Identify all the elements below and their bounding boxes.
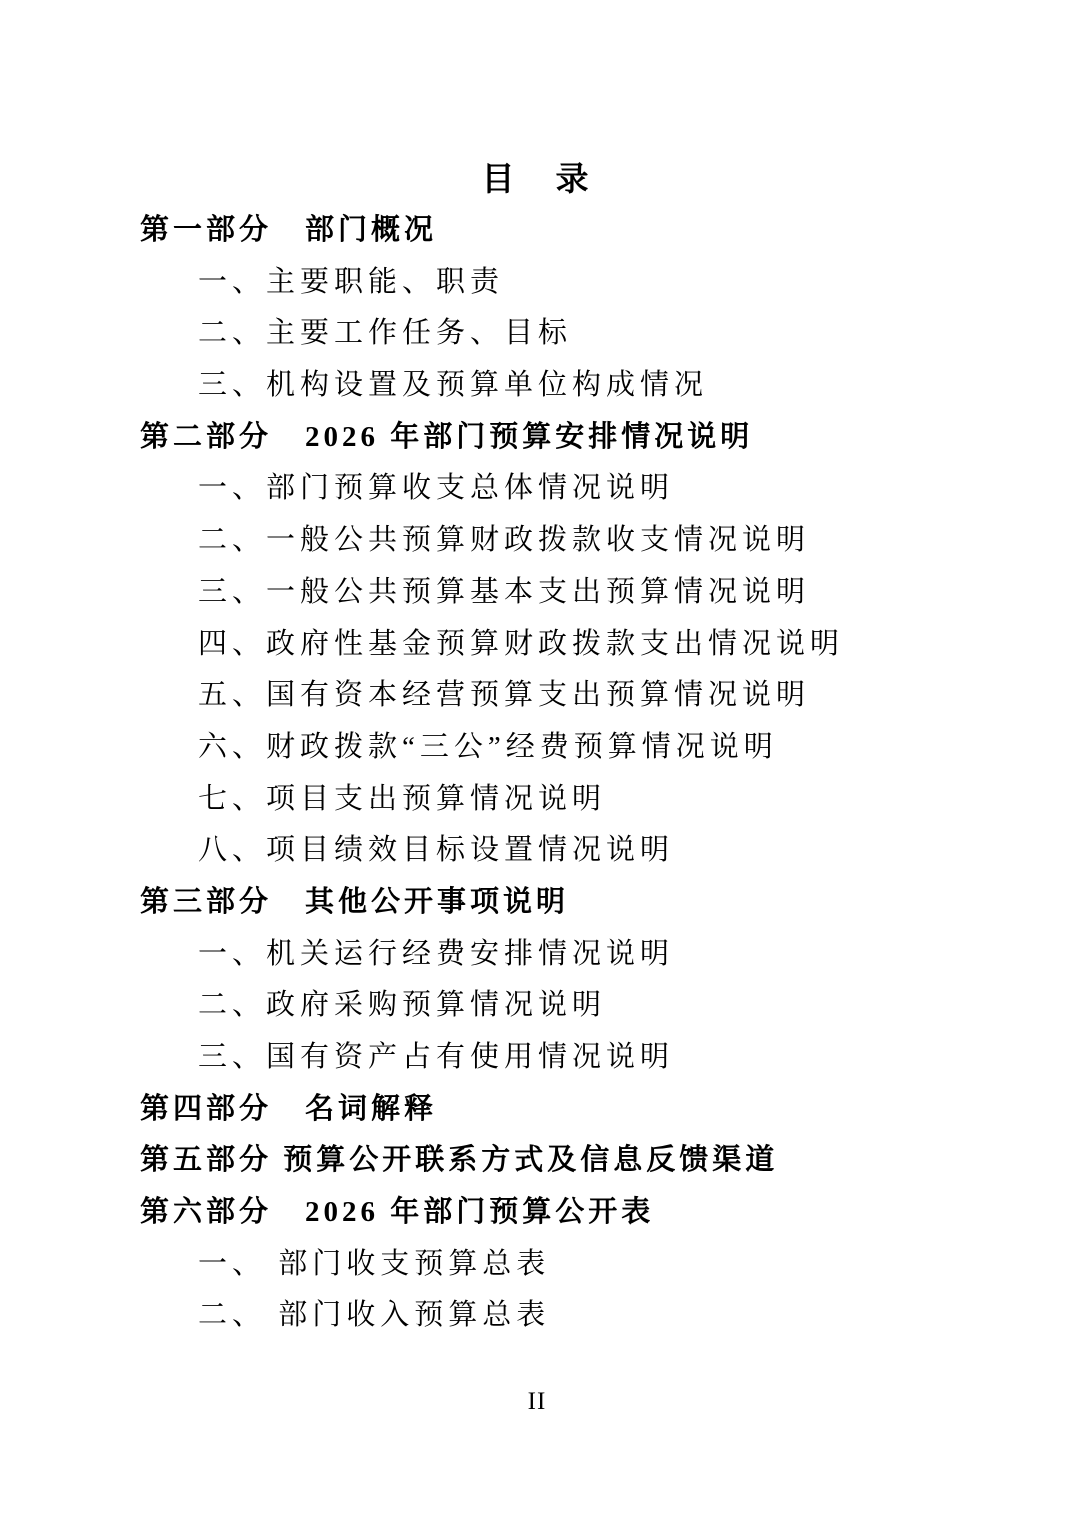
toc-part-heading: 第五部分 预算公开联系方式及信息反馈渠道 [0, 1135, 1074, 1187]
toc-item: 一、部门预算收支总体情况说明 [0, 463, 1074, 515]
toc-item: 三、机构设置及预算单位构成情况 [0, 360, 1074, 412]
toc-item: 一、机关运行经费安排情况说明 [0, 929, 1074, 981]
toc-part-heading: 第六部分 2026 年部门预算公开表 [0, 1187, 1074, 1239]
toc-part-heading: 第一部分 部门概况 [0, 205, 1074, 257]
toc-item: 二、主要工作任务、目标 [0, 308, 1074, 360]
document-page: 目 录 第一部分 部门概况 一、主要职能、职责 二、主要工作任务、目标 三、机构… [0, 0, 1074, 1520]
document-title: 目 录 [0, 153, 1074, 200]
toc-item: 二、政府采购预算情况说明 [0, 980, 1074, 1032]
toc-item: 一、 部门收支预算总表 [0, 1239, 1074, 1291]
toc-item: 二、一般公共预算财政拨款收支情况说明 [0, 515, 1074, 567]
toc-part-heading: 第二部分 2026 年部门预算安排情况说明 [0, 412, 1074, 464]
toc-item: 三、国有资产占有使用情况说明 [0, 1032, 1074, 1084]
toc-item: 三、一般公共预算基本支出预算情况说明 [0, 567, 1074, 619]
toc-item: 七、项目支出预算情况说明 [0, 774, 1074, 826]
toc-part-heading: 第三部分 其他公开事项说明 [0, 877, 1074, 929]
toc-item: 二、 部门收入预算总表 [0, 1290, 1074, 1342]
toc-item: 八、项目绩效目标设置情况说明 [0, 825, 1074, 877]
toc-item: 一、主要职能、职责 [0, 257, 1074, 309]
page-number: II [0, 1388, 1074, 1416]
toc-item: 四、政府性基金预算财政拨款支出情况说明 [0, 619, 1074, 671]
toc-part-heading: 第四部分 名词解释 [0, 1084, 1074, 1136]
table-of-contents: 第一部分 部门概况 一、主要职能、职责 二、主要工作任务、目标 三、机构设置及预… [0, 205, 1074, 1342]
toc-item: 五、国有资本经营预算支出预算情况说明 [0, 670, 1074, 722]
toc-item: 六、财政拨款“三公”经费预算情况说明 [0, 722, 1074, 774]
